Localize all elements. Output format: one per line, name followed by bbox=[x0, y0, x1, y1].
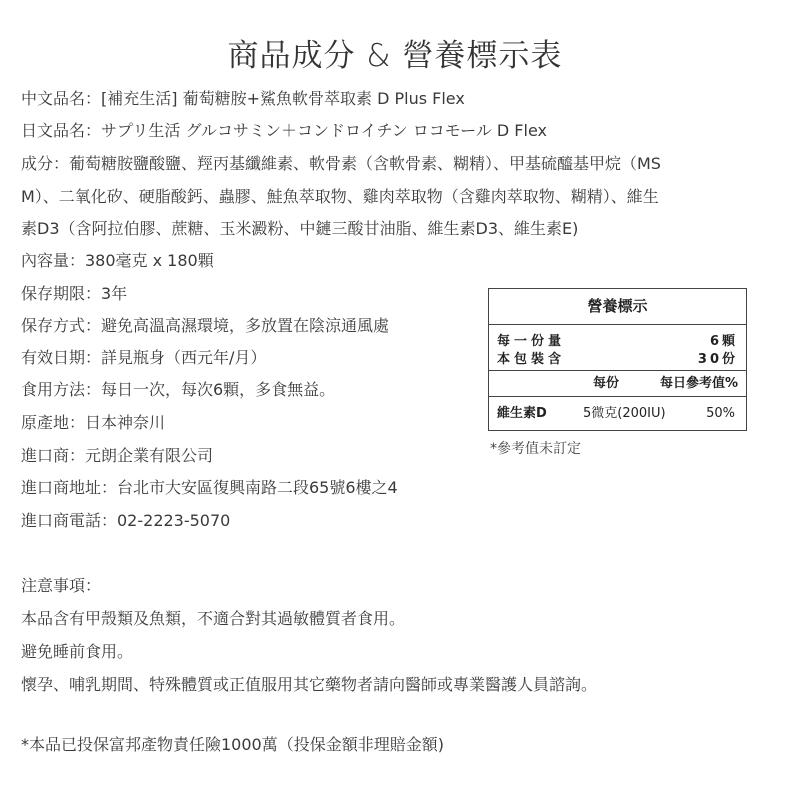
origin: 原產地：日本神奈川 bbox=[21, 413, 165, 433]
shelf-life: 保存期限：3年 bbox=[21, 284, 127, 304]
insurance-note: *本品已投保富邦產物責任險1000萬（投保金額非理賠金額) bbox=[21, 735, 444, 755]
usage-directions: 食用方法：每日一次，每次6顆，多食無益。 bbox=[21, 380, 335, 400]
expiry-date: 有效日期：詳見瓶身（西元年/月） bbox=[21, 348, 266, 368]
importer: 進口商：元朗企業有限公司 bbox=[21, 446, 213, 466]
notices-heading: 注意事項： bbox=[21, 576, 101, 596]
col-per-serving: 每份 bbox=[593, 371, 619, 396]
ingredients-line-3: 素D3（含阿拉伯膠、蔗糖、玉米澱粉、中鏈三酸甘油脂、維生素D3、維生素E) bbox=[21, 219, 578, 239]
nutrition-column-headers: 每份 每日參考值% bbox=[489, 371, 746, 397]
net-content: 內容量：380毫克 x 180顆 bbox=[21, 251, 214, 271]
nutrient-amount: 5微克(200IU) bbox=[583, 397, 666, 431]
serving-info: 每一份量 本包裝含 6顆 30份 bbox=[489, 324, 746, 371]
servings-per-package-label: 本包裝含 bbox=[497, 348, 565, 367]
nutrient-name: 維生素D bbox=[497, 397, 547, 431]
serving-size-value: 6顆 bbox=[710, 330, 738, 349]
servings-per-package-value: 30份 bbox=[698, 348, 738, 367]
notice-item: 本品含有甲殼類及魚類，不適合對其過敏體質者食用。 bbox=[21, 609, 405, 629]
ingredients-line-2: M）、二氧化矽、硬脂酸鈣、蟲膠、鮭魚萃取物、雞肉萃取物（含雞肉萃取物、糊精）、維… bbox=[21, 187, 659, 207]
nutrient-daily-percent: 50% bbox=[706, 397, 735, 431]
chinese-name: 中文品名：[補充生活] 葡萄糖胺+鯊魚軟骨萃取素 D Plus Flex bbox=[21, 89, 465, 109]
serving-size-label: 每一份量 bbox=[497, 330, 565, 349]
importer-phone: 進口商電話：02-2223-5070 bbox=[21, 511, 230, 531]
nutrition-facts-table: 營養標示 每一份量 本包裝含 6顆 30份 每份 每日參考值% 維生素D 5微克… bbox=[488, 288, 747, 431]
storage-method: 保存方式：避免高溫高濕環境，多放置在陰涼通風處 bbox=[21, 316, 389, 336]
nutrition-title: 營養標示 bbox=[489, 289, 746, 325]
nutrition-row: 維生素D 5微克(200IU) 50% bbox=[489, 397, 746, 431]
notice-item: 懷孕、哺乳期間、特殊體質或正值服用其它藥物者請向醫師或專業醫護人員諮詢。 bbox=[21, 675, 597, 695]
japanese-name: 日文品名：サプリ生活 グルコサミン＋コンドロイチン ロコモール D Flex bbox=[21, 121, 547, 141]
notice-item: 避免睡前食用。 bbox=[21, 642, 133, 662]
page-title: 商品成分 & 營養標示表 bbox=[0, 30, 790, 75]
importer-address: 進口商地址：台北市大安區復興南路二段65號6樓之4 bbox=[21, 478, 398, 498]
ingredients-line-1: 成分：葡萄糖胺鹽酸鹽、羥丙基纖維素、軟骨素（含軟骨素、糊精）、甲基硫醯基甲烷（M… bbox=[21, 154, 661, 174]
col-daily-value: 每日參考值% bbox=[660, 371, 738, 396]
nutrition-footnote: *參考值未訂定 bbox=[490, 438, 581, 458]
